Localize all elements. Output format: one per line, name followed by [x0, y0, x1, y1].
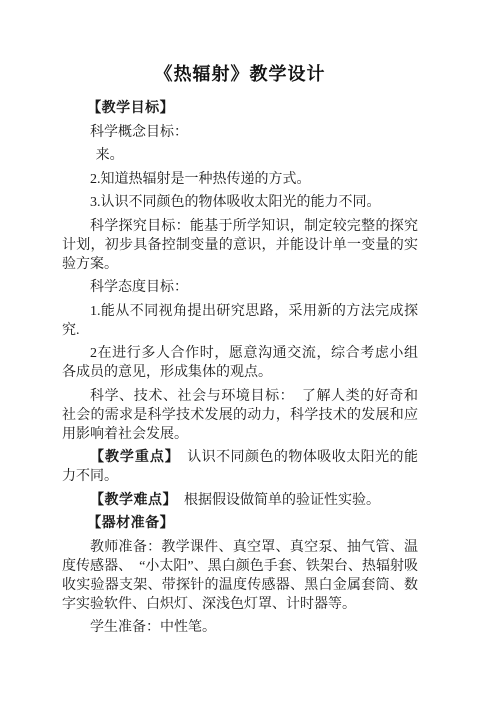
para-concept-item-3: 3.认识不同颜色的物体吸收太阳光的能力不同。	[62, 193, 418, 212]
para-concept-item-2: 2.知道热辐射是一种热传递的方式。	[62, 170, 418, 189]
teaching-key-point-label: 【教学重点】	[90, 450, 173, 465]
para-teacher-materials: 教师准备：教学课件、真空罩、真空泵、抽气管、温度传感器、 “小太阳”、黑白颜色手…	[62, 538, 418, 614]
para-teaching-key-point: 【教学重点】 认识不同颜色的物体吸收太阳光的能力不同。	[62, 448, 418, 486]
teaching-difficulty-label: 【教学难点】	[90, 493, 170, 508]
para-student-materials: 学生准备：中性笔。	[62, 618, 418, 637]
teaching-difficulty-text: 根据假设做简单的验证性实验。	[170, 493, 380, 508]
document-title: 《热辐射》教学设计	[62, 62, 418, 86]
para-sts-environment-goal: 科学、技术、社会与环境目标： 了解人类的好奇和社会的需求是科学技术发展的动力，科…	[62, 387, 418, 444]
document-page: 《热辐射》教学设计 【教学目标】 科学概念目标： 来。 2.知道热辐射是一种热传…	[0, 0, 500, 708]
para-attitude-item-1: 1.能从不同视角提出研究思路，采用新的方法完成探究.	[62, 302, 418, 340]
para-science-attitude-goal: 科学态度目标：	[62, 278, 418, 297]
section-heading-teaching-objectives: 【教学目标】	[62, 99, 418, 118]
para-fragment-lai: 来。	[62, 146, 418, 165]
section-heading-materials: 【器材准备】	[62, 514, 418, 533]
para-science-concept-goal: 科学概念目标：	[62, 123, 418, 142]
para-teaching-difficulty: 【教学难点】 根据假设做简单的验证性实验。	[62, 491, 418, 510]
para-science-inquiry-goal: 科学探究目标：能基于所学知识，制定较完整的探究计划，初步具备控制变量的意识，并能…	[62, 217, 418, 274]
para-attitude-item-2: 2在进行多人合作时，愿意沟通交流，综合考虑小组各成员的意见，形成集体的观点。	[62, 344, 418, 382]
